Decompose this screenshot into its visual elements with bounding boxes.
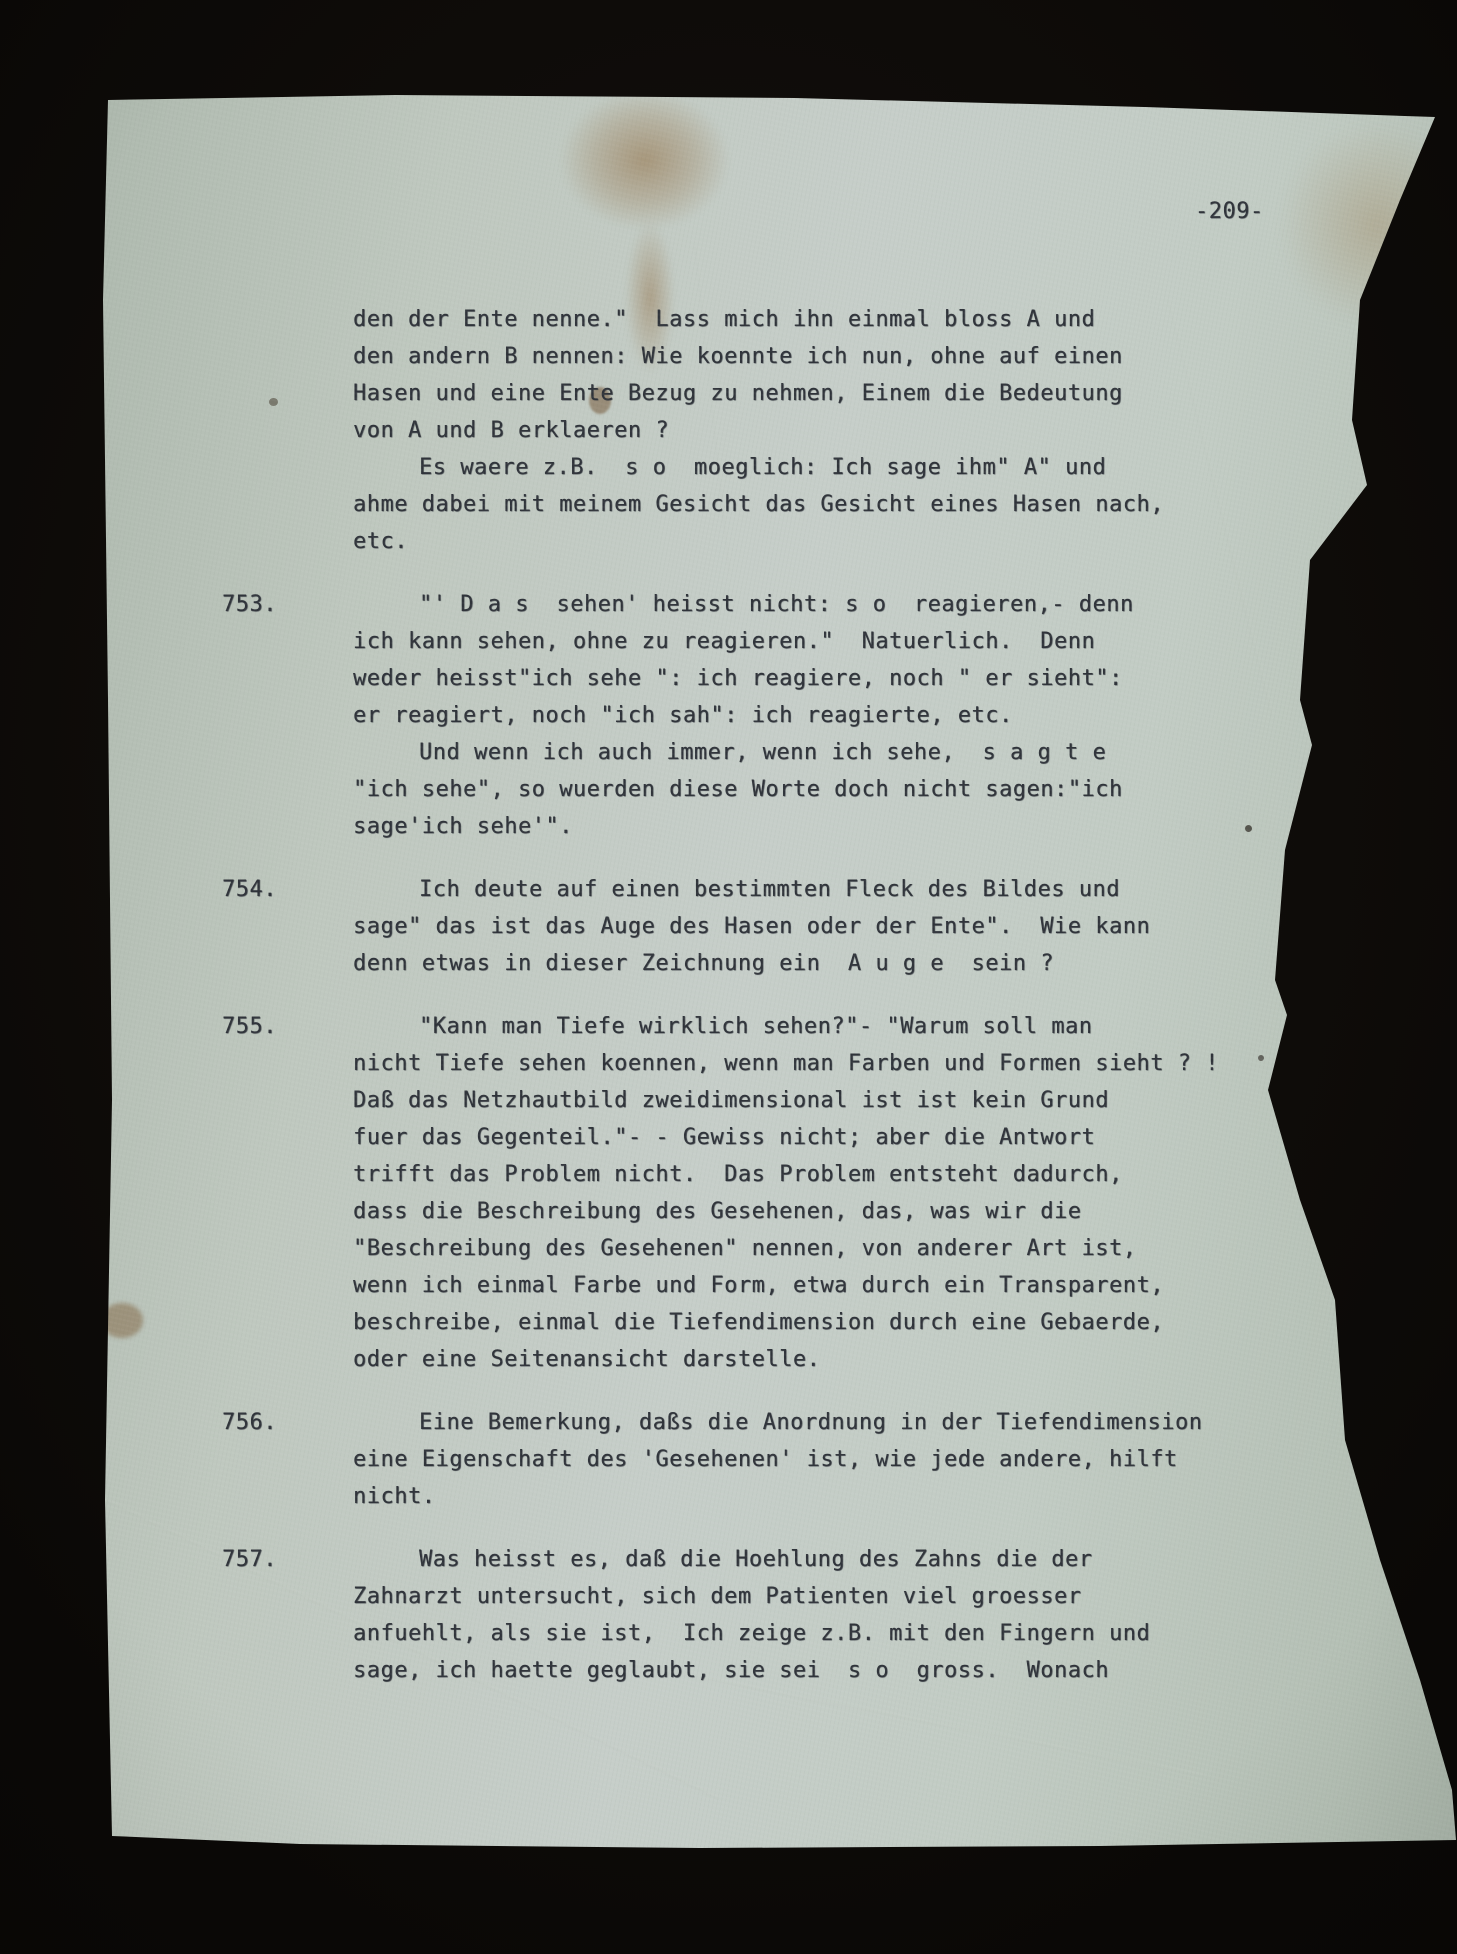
text-line: ahme dabei mit meinem Gesicht das Gesich… [353,486,1395,523]
text-line: etc. [353,523,1395,560]
paragraph-number: 756. [222,1404,277,1441]
text-line: Hasen und eine Ente Bezug zu nehmen, Ein… [353,375,1395,412]
text-line: sage" das ist das Auge des Hasen oder de… [353,908,1395,945]
text-line: "' D a s sehen' heisst nicht: s o reagie… [353,586,1395,623]
text-line: denn etwas in dieser Zeichnung ein A u g… [353,945,1395,982]
text-line: oder eine Seitenansicht darstelle. [353,1341,1395,1378]
text-line: nicht Tiefe sehen koennen, wenn man Farb… [353,1045,1395,1082]
text-line: wenn ich einmal Farbe und Form, etwa dur… [353,1267,1395,1304]
typescript-page: -209- den der Ente nenne." Lass mich ihn… [95,95,1457,1848]
paragraph-757: 757. Was heisst es, daß die Hoehlung des… [95,1541,1395,1689]
typescript-text: den der Ente nenne." Lass mich ihn einma… [95,301,1395,1689]
text-line: Daß das Netzhautbild zweidimensional ist… [353,1082,1395,1119]
text-line: beschreibe, einmal die Tiefendimension d… [353,1304,1395,1341]
text-line: dass die Beschreibung des Gesehenen, das… [353,1193,1395,1230]
text-line: von A und B erklaeren ? [353,412,1395,449]
text-line: sage'ich sehe'". [353,808,1395,845]
text-line: nicht. [353,1478,1395,1515]
text-line: Und wenn ich auch immer, wenn ich sehe, … [353,734,1395,771]
text-line: "ich sehe", so wuerden diese Worte doch … [353,771,1395,808]
text-line: Es waere z.B. s o moeglich: Ich sage ihm… [353,449,1395,486]
text-line: eine Eigenschaft des 'Gesehenen' ist, wi… [353,1441,1395,1478]
text-line: den der Ente nenne." Lass mich ihn einma… [353,301,1395,338]
text-line: weder heisst"ich sehe ": ich reagiere, n… [353,660,1395,697]
text-line: anfuehlt, als sie ist, Ich zeige z.B. mi… [353,1615,1395,1652]
paragraph-number: 754. [222,871,277,908]
text-line: fuer das Gegenteil."- - Gewiss nicht; ab… [353,1119,1395,1156]
text-line: Eine Bemerkung, daßs die Anordnung in de… [353,1404,1395,1441]
text-line: Ich deute auf einen bestimmten Fleck des… [353,871,1395,908]
paragraph-number: 753. [222,586,277,623]
text-line: "Beschreibung des Gesehenen" nennen, von… [353,1230,1395,1267]
page-number: -209- [1195,193,1264,230]
paragraph-754: 754. Ich deute auf einen bestimmten Flec… [95,871,1395,982]
text-line: Was heisst es, daß die Hoehlung des Zahn… [353,1541,1395,1578]
text-line: Zahnarzt untersucht, sich dem Patienten … [353,1578,1395,1615]
text-line: trifft das Problem nicht. Das Problem en… [353,1156,1395,1193]
paragraph-continuation: den der Ente nenne." Lass mich ihn einma… [95,301,1395,560]
text-line: sage, ich haette geglaubt, sie sei s o g… [353,1652,1395,1689]
paragraph-number: 755. [222,1008,277,1045]
paragraph-753: 753. "' D a s sehen' heisst nicht: s o r… [95,586,1395,845]
paragraph-number: 757. [222,1541,277,1578]
paragraph-756: 756. Eine Bemerkung, daßs die Anordnung … [95,1404,1395,1515]
paragraph-755: 755. "Kann man Tiefe wirklich sehen?"- "… [95,1008,1395,1378]
stain-top-center [560,90,730,230]
text-line: den andern B nennen: Wie koennte ich nun… [353,338,1395,375]
text-line: ich kann sehen, ohne zu reagieren." Natu… [353,623,1395,660]
text-line: "Kann man Tiefe wirklich sehen?"- "Warum… [353,1008,1395,1045]
text-line: er reagiert, noch "ich sah": ich reagier… [353,697,1395,734]
